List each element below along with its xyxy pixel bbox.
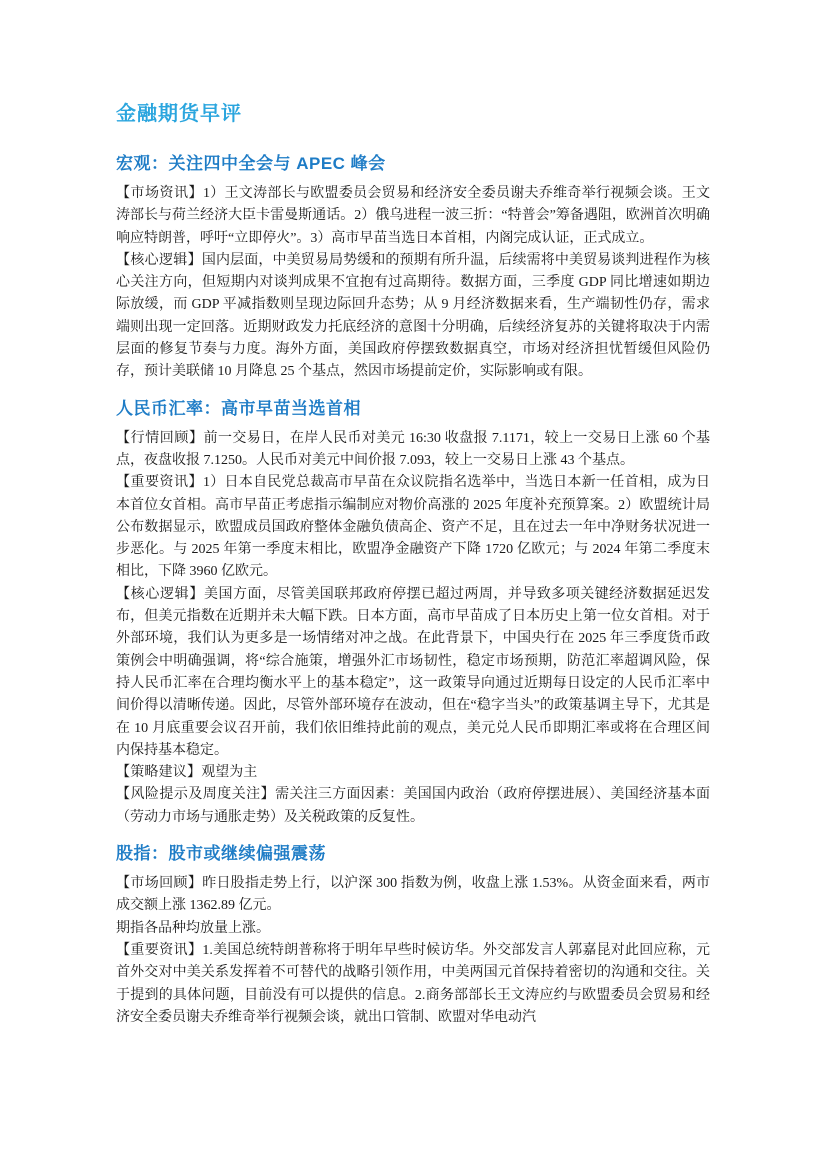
paragraph-label: 【风险提示及周度关注】 <box>116 787 275 802</box>
paragraph-rmb-core-logic: 【核心逻辑】美国方面，尽管美国联邦政府停摆已超过两周，并导致多项关键经济数据延迟… <box>116 584 710 762</box>
document-content: 金融期货早评 宏观：关注四中全会与 APEC 峰会 【市场资讯】1）王文涛部长与… <box>116 100 710 1029</box>
document-title: 金融期货早评 <box>116 100 710 128</box>
paragraph-label: 【重要资讯】 <box>116 943 202 958</box>
paragraph-index-market-review: 【市场回顾】昨日股指走势上行，以沪深 300 指数为例，收盘上涨 1.53%。从… <box>116 873 710 918</box>
paragraph-index-futures-volume: 期指各品种均放量上涨。 <box>116 918 710 940</box>
paragraph-label: 【行情回顾】 <box>116 431 204 446</box>
section-heading-equity-index: 股指：股市或继续偏强震荡 <box>116 842 710 866</box>
paragraph-label: 【市场回顾】 <box>116 876 202 891</box>
section-heading-macro: 宏观：关注四中全会与 APEC 峰会 <box>116 152 710 176</box>
paragraph-text: 国内层面，中美贸易局势缓和的预期有所升温，后续需将中美贸易谈判进程作为核心关注方… <box>116 253 710 379</box>
paragraph-text: 前一交易日，在岸人民币对美元 16:30 收盘报 7.1171，较上一交易日上涨… <box>116 431 710 468</box>
paragraph-rmb-market-review: 【行情回顾】前一交易日，在岸人民币对美元 16:30 收盘报 7.1171，较上… <box>116 428 710 473</box>
paragraph-text: 昨日股指走势上行，以沪深 300 指数为例，收盘上涨 1.53%。从资金面来看，… <box>116 876 710 913</box>
paragraph-label: 【核心逻辑】 <box>116 253 202 268</box>
paragraph-label: 【重要资讯】 <box>116 475 203 490</box>
section-heading-rmb-fx: 人民币汇率：高市早苗当选首相 <box>116 397 710 421</box>
paragraph-text: 美国方面，尽管美国联邦政府停摆已超过两周，并导致多项关键经济数据延迟发布，但美元… <box>116 587 710 758</box>
paragraph-macro-core-logic: 【核心逻辑】国内层面，中美贸易局势缓和的预期有所升温，后续需将中美贸易谈判进程作… <box>116 250 710 384</box>
paragraph-label: 【核心逻辑】 <box>116 587 204 602</box>
paragraph-index-important-news: 【重要资讯】1.美国总统特朗普称将于明年早些时候访华。外交部发言人郭嘉昆对此回应… <box>116 940 710 1029</box>
paragraph-label: 【市场资讯】 <box>116 186 203 201</box>
paragraph-text: 观望为主 <box>201 765 257 780</box>
paragraph-macro-market-news: 【市场资讯】1）王文涛部长与欧盟委员会贸易和经济安全委员谢夫乔维奇举行视频会谈。… <box>116 183 710 250</box>
paragraph-text: 期指各品种均放量上涨。 <box>116 921 270 936</box>
paragraph-label: 【策略建议】 <box>116 765 201 780</box>
paragraph-text: 1）王文涛部长与欧盟委员会贸易和经济安全委员谢夫乔维奇举行视频会谈。王文涛部长与… <box>116 186 710 246</box>
paragraph-text: 1.美国总统特朗普称将于明年早些时候访华。外交部发言人郭嘉昆对此回应称，元首外交… <box>116 943 710 1025</box>
paragraph-text: 1）日本自民党总裁高市早苗在众议院指名选举中，当选日本新一任首相，成为日本首位女… <box>116 475 710 579</box>
paragraph-rmb-risk-notice: 【风险提示及周度关注】需关注三方面因素：美国国内政治（政府停摆进展）、美国经济基… <box>116 784 710 829</box>
paragraph-rmb-strategy-advice: 【策略建议】观望为主 <box>116 762 710 784</box>
paragraph-rmb-important-news: 【重要资讯】1）日本自民党总裁高市早苗在众议院指名选举中，当选日本新一任首相，成… <box>116 472 710 583</box>
document-page: 金融期货早评 宏观：关注四中全会与 APEC 峰会 【市场资讯】1）王文涛部长与… <box>0 0 826 1169</box>
